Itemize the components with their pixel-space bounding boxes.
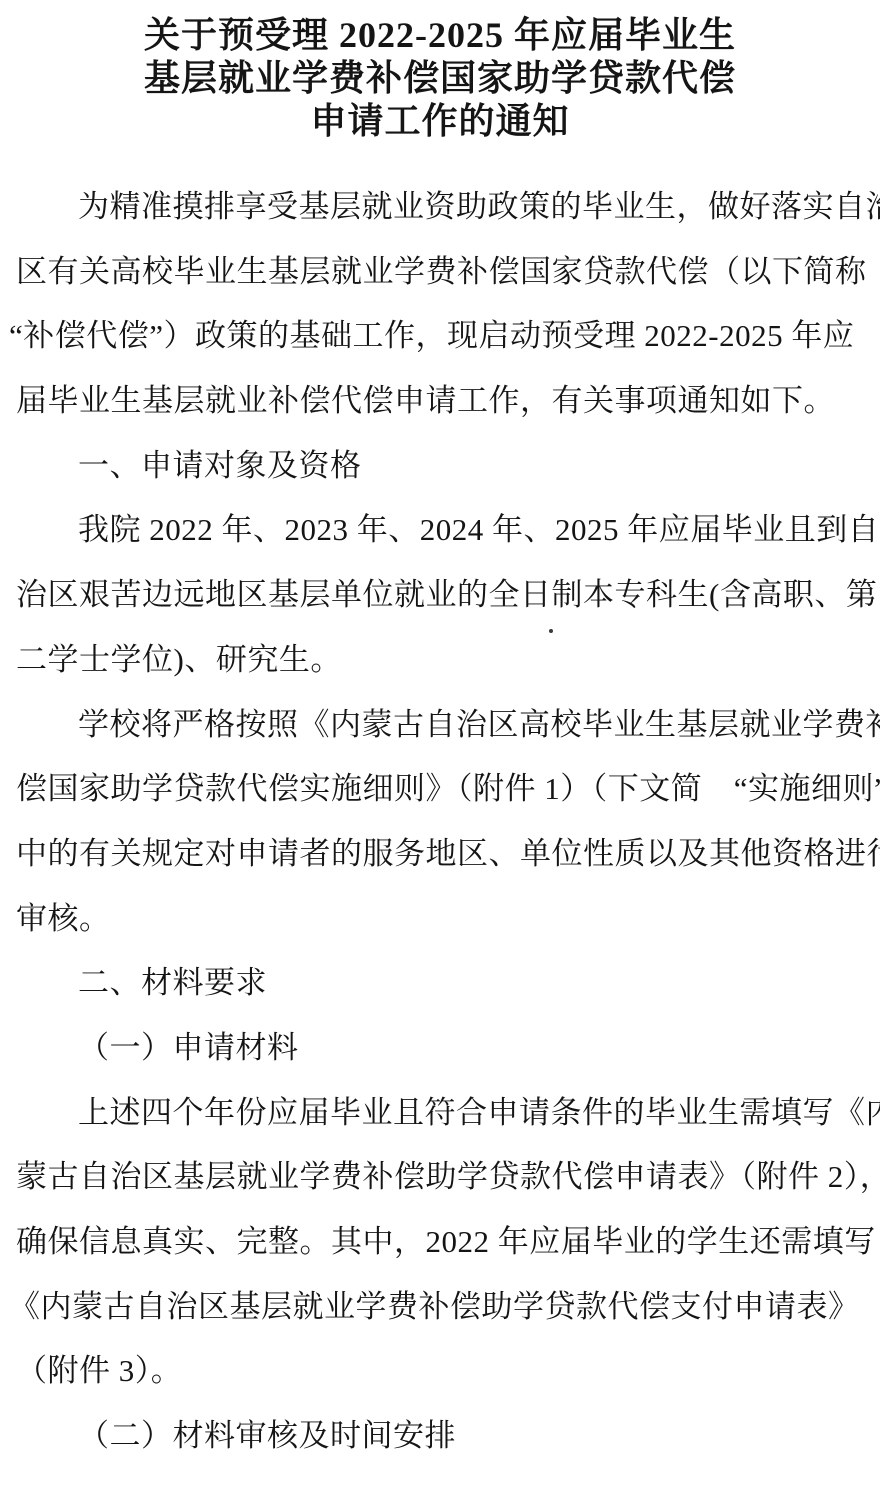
paragraph-line: 学校将严格按照《内蒙古自治区高校毕业生基层就业学费补 <box>16 693 870 758</box>
title-line-1: 关于预受理 2022-2025 年应届毕业生 <box>40 14 840 57</box>
document-page: 关于预受理 2022-2025 年应届毕业生 基层就业学费补偿国家助学贷款代偿 … <box>0 0 880 1495</box>
paragraph-line: 上述四个年份应届毕业且符合申请条件的毕业生需填写《内 <box>16 1081 870 1146</box>
document-title: 关于预受理 2022-2025 年应届毕业生 基层就业学费补偿国家助学贷款代偿 … <box>40 14 840 143</box>
section-heading-1: 一、申请对象及资格 <box>16 434 870 499</box>
paragraph-line: 届毕业生基层就业补偿代偿申请工作，有关事项通知如下。 <box>16 369 870 434</box>
paragraph-line: 区有关高校毕业生基层就业学费补偿国家贷款代偿（以下简称 <box>16 240 870 305</box>
subsection-heading-2-2: （二）材料审核及时间安排 <box>16 1404 870 1469</box>
paragraph-line: 二学士学位)、研究生。 <box>16 628 870 693</box>
section-heading-2: 二、材料要求 <box>16 951 870 1016</box>
paragraph-line: 治区艰苦边远地区基层单位就业的全日制本专科生(含高职、第 <box>16 563 870 628</box>
paragraph-line: 我院 2022 年、2023 年、2024 年、2025 年应届毕业且到自 <box>16 498 870 563</box>
scan-artifact-dot <box>549 629 553 633</box>
title-line-3: 申请工作的通知 <box>40 100 840 143</box>
paragraph-line: 蒙古自治区基层就业学费补偿助学贷款代偿申请表》（附件 2）， <box>16 1145 870 1210</box>
document-body: 为精准摸排享受基层就业资助政策的毕业生，做好落实自治 区有关高校毕业生基层就业学… <box>16 175 870 1469</box>
paragraph-line: 确保信息真实、完整。其中，2022 年应届毕业的学生还需填写 <box>16 1210 870 1275</box>
paragraph-line: 《内蒙古自治区基层就业学费补偿助学贷款代偿支付申请表》 <box>9 1275 870 1340</box>
paragraph-line: 为精准摸排享受基层就业资助政策的毕业生，做好落实自治 <box>16 175 870 240</box>
title-line-2: 基层就业学费补偿国家助学贷款代偿 <box>40 57 840 100</box>
paragraph-line: “补偿代偿”）政策的基础工作，现启动预受理 2022-2025 年应 <box>9 304 870 369</box>
paragraph-line: （附件 3）。 <box>16 1339 870 1404</box>
subsection-heading-2-1: （一）申请材料 <box>16 1016 870 1081</box>
paragraph-line: 审核。 <box>16 887 870 952</box>
paragraph-line: 偿国家助学贷款代偿实施细则》（附件 1）（下文简 “实施细则”） <box>16 757 870 822</box>
paragraph-line: 中的有关规定对申请者的服务地区、单位性质以及其他资格进行 <box>16 822 870 887</box>
